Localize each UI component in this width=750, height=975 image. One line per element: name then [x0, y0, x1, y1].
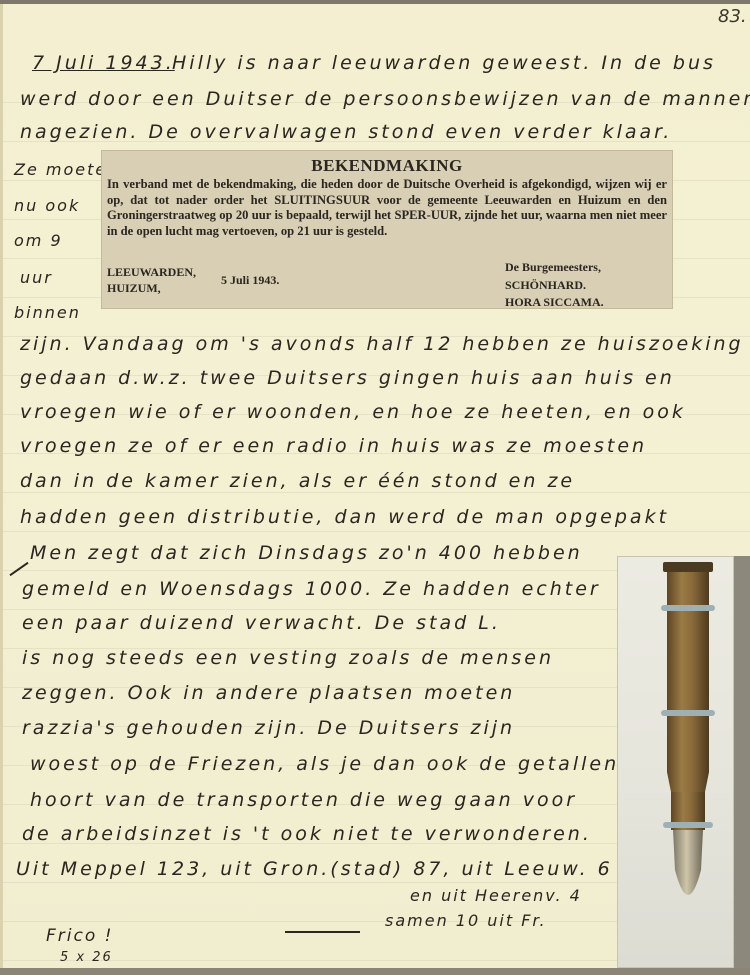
footer-note-frico: Frico ! — [46, 926, 113, 946]
margin-note-2: nu ook — [14, 196, 80, 215]
body-line-7: Men zegt dat zich Dinsdags zo'n 400 hebb… — [30, 542, 583, 564]
extra-line-2: samen 10 uit Fr. — [385, 911, 547, 930]
clipping-title: BEKENDMAKING — [102, 156, 672, 176]
diary-line-3: nagezien. De overvalwagen stond even ver… — [20, 121, 672, 143]
body-line-8: gemeld en Woensdags 1000. Ze hadden echt… — [22, 578, 601, 600]
clipping-date: 5 Juli 1943. — [221, 273, 279, 288]
body-line-15: de arbeidsinzet is 't ook niet te verwon… — [22, 823, 592, 845]
clipping-places: LEEUWARDEN, HUIZUM, — [107, 264, 196, 296]
body-line-2: gedaan d.w.z. twee Duitsers gingen huis … — [20, 367, 675, 389]
body-line-5: dan in de kamer zien, als er één stond e… — [20, 470, 575, 492]
cartridge-icon — [661, 560, 715, 915]
clipping-place-2: HUIZUM, — [107, 280, 196, 296]
clipping-body: In verband met de bekendmaking, die hede… — [107, 177, 667, 239]
margin-note-5: binnen — [14, 303, 81, 322]
body-line-3: vroegen wie of er woonden, en hoe ze hee… — [20, 401, 686, 423]
separator-dash — [285, 931, 360, 933]
body-line-1: zijn. Vandaag om 's avonds half 12 hebbe… — [20, 333, 744, 355]
body-line-6: hadden geen distributie, dan werd de man… — [20, 506, 669, 528]
signatory-title: De Burgemeesters, — [505, 259, 604, 276]
body-line-11: zeggen. Ook in andere plaatsen moeten — [22, 682, 515, 704]
margin-note-4: uur — [20, 268, 53, 287]
body-line-12: razzia's gehouden zijn. De Duitsers zijn — [22, 717, 515, 739]
signatory-2: HORA SICCAMA. — [505, 294, 604, 311]
signatory-1: SCHÖNHARD. — [505, 277, 604, 294]
attachment-shadow — [732, 556, 750, 968]
body-line-16: Uit Meppel 123, uit Gron.(stad) 87, uit … — [16, 858, 613, 880]
body-line-13: woest op de Friezen, als je dan ook de g… — [30, 753, 619, 775]
body-line-4: vroegen ze of er een radio in huis was z… — [20, 435, 647, 457]
newspaper-clipping: BEKENDMAKING In verband met de bekendmak… — [101, 150, 673, 309]
body-line-9: een paar duizend verwacht. De stad L. — [22, 612, 501, 634]
page-number: 83. — [718, 6, 747, 27]
body-line-10: is nog steeds een vesting zoals de mense… — [22, 647, 554, 669]
diary-line-2: werd door een Duitser de persoonsbewijze… — [20, 88, 750, 110]
clipping-signatories: De Burgemeesters, SCHÖNHARD. HORA SICCAM… — [505, 259, 604, 311]
margin-note-3: om 9 — [14, 231, 63, 250]
body-line-14: hoort van de transporten die weg gaan vo… — [30, 789, 577, 811]
clipping-place-1: LEEUWARDEN, — [107, 264, 196, 280]
footer-note-count: 5 x 26 — [60, 950, 113, 965]
diary-date: 7 Juli 1943. — [32, 52, 175, 74]
extra-line-1: en uit Heerenv. 4 — [410, 886, 582, 905]
diary-line-1: Hilly is naar leeuwarden geweest. In de … — [172, 52, 716, 74]
